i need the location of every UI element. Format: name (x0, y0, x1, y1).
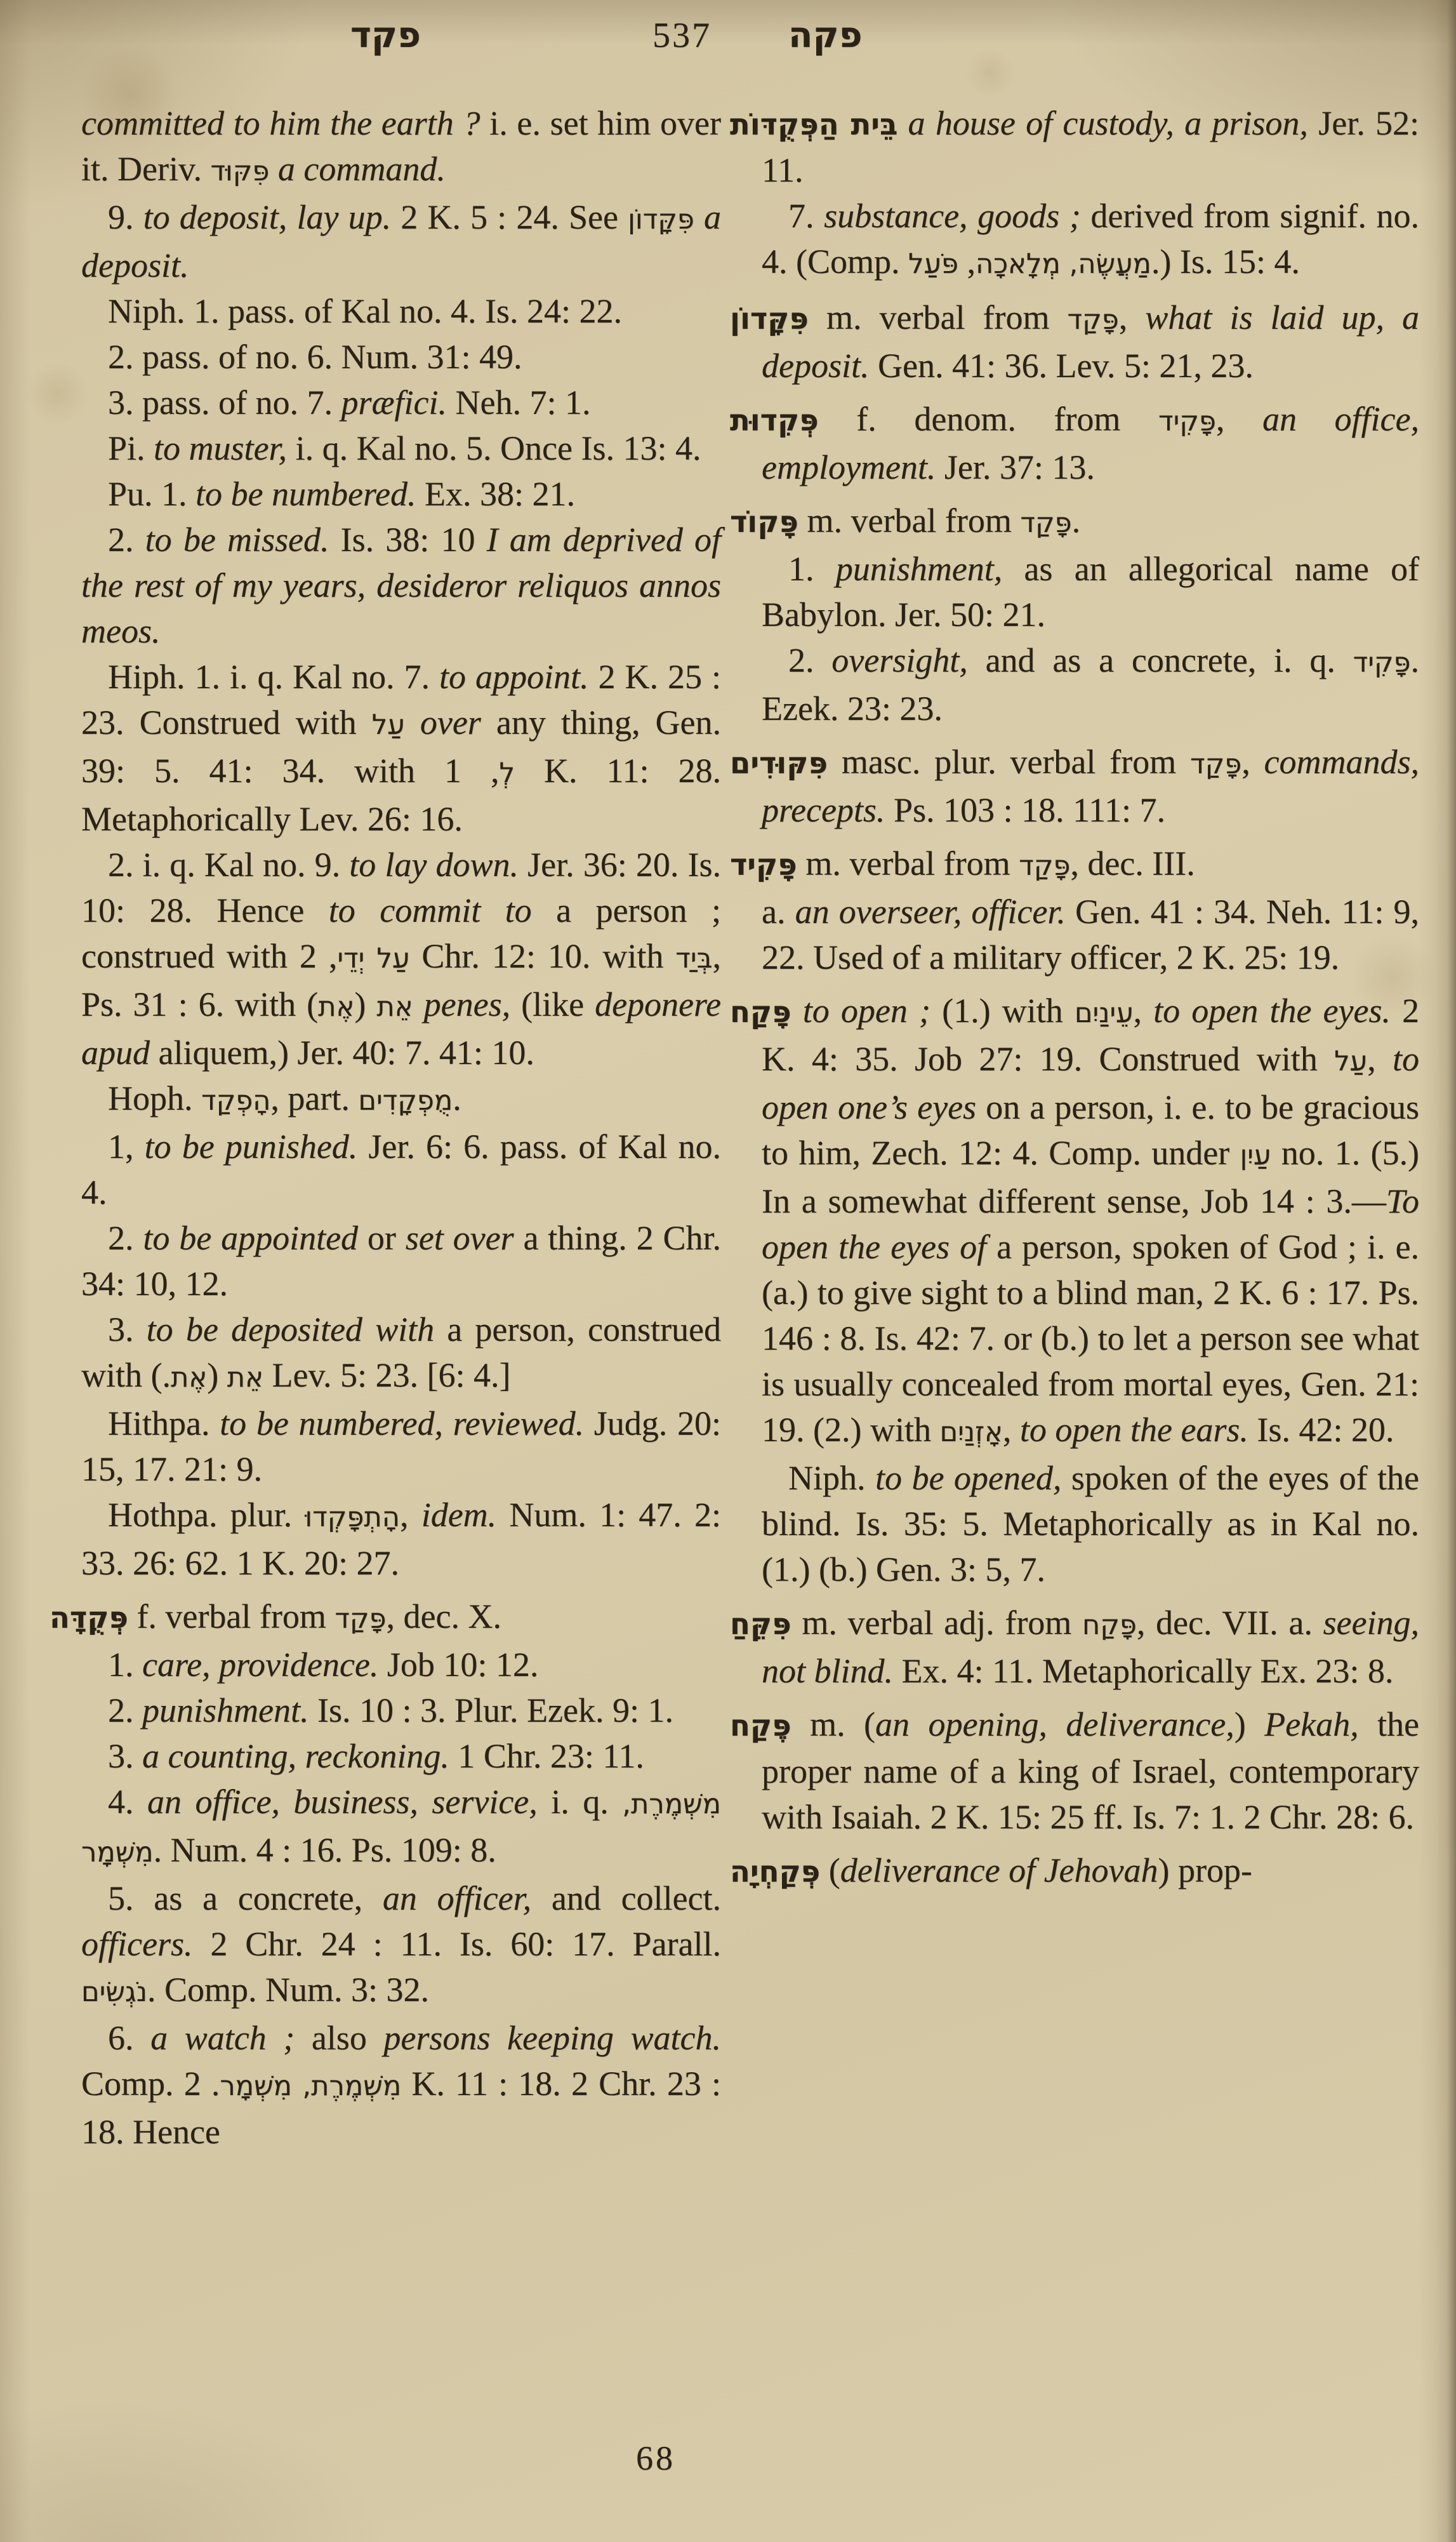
entry-paragraph: 9. to deposit, lay up. 2 K. 5 : 24. See … (81, 194, 721, 288)
italic-text-run: to be missed. (145, 521, 329, 559)
hebrew-word: פָּקַד (1190, 749, 1241, 780)
text-run: ) (1234, 1705, 1264, 1743)
text-run: m. ( (791, 1705, 875, 1743)
book-page: פקד 537 פקה committed to him the earth ?… (0, 0, 1456, 2542)
dictionary-entry: פְּקַחְיָה (deliverance of Jehovah) prop… (762, 1847, 1419, 1894)
entry-paragraph: 5. as a concrete, an officer, and collec… (81, 1875, 721, 2015)
hebrew-word: פָּקַד (334, 1603, 386, 1635)
hebrew-word: אֵת (227, 1362, 263, 1394)
text-run: or (358, 1219, 406, 1257)
italic-text-run: a house of custody, a prison, (908, 104, 1308, 142)
hebrew-word: בְּיַד (675, 943, 712, 975)
text-run: m. verbal from (798, 502, 1020, 540)
dictionary-entry: פֶּקַח m. (an opening, deliverance,) Pek… (762, 1701, 1419, 1840)
italic-text-run: an office, business, service, (147, 1783, 538, 1821)
italic-text-run: a counting, reckoning. (142, 1737, 449, 1775)
dictionary-entry: פָּקִיד m. verbal from פָּקַד, dec. III. (762, 841, 1419, 889)
text-run: ( (354, 985, 376, 1023)
text-run: ) prop- (1158, 1851, 1252, 1889)
hebrew-headword: פִּקָּדוֹן (730, 302, 809, 336)
text-run: Pi. (108, 429, 154, 467)
italic-text-run: to be appointed (143, 1219, 358, 1257)
text-run: ( (207, 1356, 227, 1394)
text-run (269, 150, 278, 188)
hebrew-word: עַל (1334, 1046, 1367, 1077)
text-run: i. q. (538, 1783, 622, 1821)
text-run: Ex. 4: 11. Metaphorically Ex. 23: 8. (893, 1652, 1393, 1690)
hebrew-word: פָּקַח (1082, 1609, 1137, 1641)
italic-text-run: to lay down. (349, 846, 519, 884)
dictionary-entry: פָּקוֹד m. verbal from פָּקַד. (762, 498, 1419, 546)
text-run: Is. 38: 10 (329, 521, 486, 559)
hebrew-word: פָּקִיד (1353, 647, 1411, 679)
italic-text-run: to open ; (803, 992, 930, 1030)
text-run: , (1241, 743, 1264, 781)
italic-text-run: to be deposited with (147, 1310, 434, 1348)
entry-paragraph: 3. pass. of no. 7. præfici. Neh. 7: 1. (81, 380, 721, 425)
text-run: Pu. 1. (108, 475, 195, 513)
entry-paragraph: 2. to be appointed or set over a thing. … (81, 1215, 721, 1307)
text-run: Jer. 37: 13. (936, 448, 1095, 486)
text-run: Comp. (81, 2065, 184, 2103)
entry-paragraph: 7. substance, goods ; derived from signi… (762, 193, 1419, 287)
italic-text-run: to open the eyes. (1153, 992, 1391, 1030)
text-run: Hothpa. plur. (108, 1496, 305, 1534)
text-run: i. q. Kal no. 5. Once Is. 13: 4. (287, 429, 701, 467)
italic-text-run: idem. (421, 1496, 496, 1534)
signature-number: 68 (636, 2435, 675, 2481)
hebrew-headword: פֶּקַח (730, 1708, 791, 1743)
hebrew-word: פִּקּוּד (210, 156, 269, 187)
text-run: 2. i. q. Kal no. 9. (108, 846, 349, 884)
running-head-right: פקה (788, 13, 863, 58)
italic-text-run: punishment, (836, 550, 1003, 588)
text-run: , dec. X. (387, 1597, 501, 1635)
text-run: (like (510, 985, 595, 1023)
text-run: (1.) with (930, 992, 1075, 1030)
hebrew-word: הָפְקַד (201, 1085, 270, 1117)
italic-text-run: an overseer, officer. (795, 893, 1066, 931)
hebrew-word: עֵינַיִם (1075, 997, 1134, 1029)
text-columns: committed to him the earth ? i. e. set h… (48, 100, 1419, 2155)
italic-text-run: deliverance of Jehovah (840, 1851, 1158, 1889)
text-run: . (1072, 502, 1081, 540)
text-run: Hithpa. (108, 1404, 220, 1442)
hebrew-word: עַיִן (1240, 1140, 1271, 1171)
dictionary-entry: פִּקֵּחַ m. verbal adj. from פָּקַח, dec… (762, 1600, 1419, 1694)
text-run: 4. (108, 1783, 147, 1821)
text-run: Hiph. 1. i. q. Kal no. 7. (108, 658, 439, 696)
text-run: , (1367, 1040, 1393, 1078)
italic-text-run: to muster, (154, 429, 287, 467)
entry-paragraph: 2. pass. of no. 6. Num. 31: 49. (81, 334, 721, 380)
text-run: 2. (108, 1219, 143, 1257)
text-run: 2 Chr. 24 : 11. Is. 60: 17. Parall. (192, 1925, 721, 1963)
running-head-left: פקד (350, 13, 421, 58)
text-run: aliquem,) Jer. 40: 7. 41: 10. (150, 1034, 534, 1072)
right-column: בֵּית הַפְּקֻדּוֹת a house of custody, a… (730, 100, 1419, 2155)
text-run: Niph. (788, 1459, 875, 1497)
text-run: 3. (108, 1737, 142, 1775)
text-run: , (1003, 1411, 1020, 1449)
italic-text-run: care, providence. (142, 1646, 378, 1684)
entry-paragraph: a. an overseer, officer. Gen. 41 : 34. N… (762, 889, 1419, 980)
entry-paragraph: Niph. to be opened, spoken of the eyes o… (762, 1455, 1419, 1592)
text-run: and as a concrete, i. q. (968, 641, 1353, 679)
entry-paragraph: 2. oversight, and as a concrete, i. q. פ… (762, 637, 1419, 731)
italic-text-run: a watch ; (150, 2019, 295, 2057)
hebrew-word: אָזְנַיִם (939, 1416, 1002, 1448)
text-run: 1 Chr. 23: 11. (449, 1737, 644, 1775)
italic-text-run: to open the ears. (1020, 1411, 1248, 1449)
text-run: 3. (108, 1310, 147, 1348)
hebrew-word: פָּקַד (1020, 507, 1071, 539)
hebrew-word: פָּקַד (1068, 304, 1119, 336)
text-run: Ex. 38: 21. (416, 475, 575, 513)
dictionary-entry: פִּקָּדוֹן m. verbal from פָּקַד, what i… (762, 295, 1419, 389)
italic-text-run: a command. (278, 150, 446, 188)
entry-paragraph: 1. care, providence. Job 10: 12. (81, 1642, 721, 1687)
hebrew-word: אֶת (318, 991, 354, 1023)
entry-paragraph: 3. to be deposited with a person, constr… (81, 1307, 721, 1401)
entry-paragraph: Pu. 1. to be numbered. Ex. 38: 21. (81, 471, 721, 517)
italic-text-run: over (420, 703, 481, 742)
text-run: m. verbal from (797, 844, 1019, 882)
text-run (791, 992, 803, 1030)
dictionary-entry: פִּקּוּדִים masc. plur. verbal from פָּק… (762, 739, 1419, 833)
hebrew-headword: פְּקַחְיָה (730, 1854, 820, 1889)
text-run: , dec. VII. a. (1137, 1604, 1323, 1642)
text-run: 9. (108, 198, 143, 236)
hebrew-word: מִשְׁמֶרֶת, מִשְׁמָר (220, 2070, 401, 2102)
entry-paragraph: Niph. 1. pass. of Kal no. 4. Is. 24: 22. (81, 288, 721, 334)
text-run: 5. as a concrete, (108, 1879, 383, 1917)
text-run: f. denom. from (819, 400, 1158, 438)
dictionary-entry: בֵּית הַפְּקֻדּוֹת a house of custody, a… (762, 100, 1419, 193)
hebrew-word: פָּקִיד (1158, 406, 1216, 437)
dictionary-entry: פְּקֻדָּה f. verbal from פָּקַד, dec. X. (81, 1594, 721, 1642)
text-run: , (1134, 992, 1154, 1030)
entry-paragraph: 2. i. q. Kal no. 9. to lay down. Jer. 36… (81, 842, 721, 1075)
entry-paragraph: Pi. to muster, i. q. Kal no. 5. Once Is.… (81, 425, 721, 471)
hebrew-word: עַל יְדֵי (337, 943, 409, 975)
italic-text-run: to appoint. (439, 658, 589, 696)
hebrew-word: מַעֲשֶׂה, מְלָאכָה (976, 248, 1151, 280)
text-run: Is. 10 : 3. Plur. Ezek. 9: 1. (309, 1691, 673, 1729)
italic-text-run: to be opened, (875, 1459, 1061, 1497)
italic-text-run: set over (406, 1219, 514, 1257)
text-run: , part. (270, 1079, 358, 1117)
text-run: m. verbal adj. from (791, 1604, 1082, 1642)
text-run: , dec. III. (1070, 844, 1195, 882)
dictionary-entry: פְּקִדוּת f. denom. from פָּקִיד, an off… (762, 396, 1419, 490)
hebrew-headword: פְּקֻדָּה (50, 1600, 128, 1635)
hebrew-headword: פָּקַח (730, 995, 791, 1029)
hebrew-headword: פָּקוֹד (730, 505, 798, 539)
text-run: ( (820, 1851, 840, 1889)
text-run: a. (762, 893, 795, 931)
hebrew-word: נֹגְשִׂים (81, 1976, 147, 2008)
text-run: 3. pass. of no. 7. (108, 383, 341, 422)
entry-paragraph: Hiph. 1. i. q. Kal no. 7. to appoint. 2 … (81, 654, 721, 842)
entry-paragraph: 1, to be punished. Jer. 6: 6. pass. of K… (81, 1124, 721, 1215)
entry-paragraph: 3. a counting, reckoning. 1 Chr. 23: 11. (81, 1733, 721, 1779)
entry-paragraph: 6. a watch ; also persons keeping watch.… (81, 2015, 721, 2155)
italic-text-run: to commit to (329, 891, 532, 929)
text-run: Gen. 41: 36. Lev. 5: 21, 23. (870, 347, 1254, 385)
text-run: , (958, 243, 976, 281)
italic-text-run: an officer, (383, 1879, 531, 1917)
text-run: also (295, 2019, 383, 2057)
text-run: , (1216, 400, 1262, 438)
text-run: . (453, 1079, 461, 1117)
text-run: 1, (108, 1128, 145, 1166)
text-run: 1. (788, 550, 836, 588)
hebrew-word: פָּקַד (1019, 850, 1070, 882)
text-run: Is. 42: 20. (1248, 1411, 1394, 1449)
hebrew-word: אֵת (376, 991, 413, 1023)
text-run: f. verbal from (128, 1597, 334, 1635)
entry-paragraph: Hothpa. plur. הָתְפָּקְדוּ, idem. Num. 1… (81, 1492, 721, 1586)
text-run: masc. plur. verbal from (828, 743, 1190, 781)
text-run (405, 703, 420, 742)
hebrew-headword: פִּקּוּדִים (730, 746, 828, 780)
text-run (897, 104, 908, 142)
entry-paragraph: 2. to be missed. Is. 38: 10 I am deprive… (81, 517, 721, 654)
entry-paragraph: Hoph. הָפְקַד, part. מֻפְקָדִים. (81, 1075, 721, 1124)
text-run: 6. (108, 2019, 150, 2057)
text-run: 2 K. 5 : 24. See (391, 198, 628, 236)
hebrew-word: מֻפְקָדִים (358, 1085, 453, 1117)
text-run: m. verbal from (809, 298, 1068, 336)
text-run: 7. (788, 197, 824, 235)
text-run: . Comp. Num. 3: 32. (147, 1971, 429, 2009)
italic-text-run: committed to him the earth ? (81, 104, 489, 142)
text-run: 2. (108, 1691, 142, 1729)
hebrew-word: אֶת (171, 1362, 207, 1394)
italic-text-run: punishment. (142, 1691, 309, 1729)
entry-paragraph: Hithpa. to be numbered, reviewed. Judg. … (81, 1401, 721, 1492)
hebrew-headword: פָּקִיד (730, 848, 797, 882)
italic-text-run: to be numbered, reviewed. (220, 1404, 584, 1442)
hebrew-word: הָתְפָּקְדוּ (305, 1501, 400, 1533)
italic-text-run: an opening, deliverance, (875, 1705, 1234, 1743)
text-run: 2. (108, 521, 145, 559)
text-run (694, 198, 704, 236)
hebrew-headword: פְּקִדוּת (730, 403, 819, 437)
text-run: Neh. 7: 1. (447, 383, 590, 422)
italic-text-run: persons keeping watch. (383, 2019, 721, 2057)
text-run: and collect. (531, 1879, 721, 1917)
italic-text-run: substance, goods ; (824, 197, 1081, 235)
entry-paragraph: 4. an office, business, service, i. q. מ… (81, 1779, 721, 1875)
italic-text-run: oversight, (831, 641, 967, 679)
hebrew-word: פֹּעַל (908, 248, 958, 280)
text-run: . Num. 4 : 16. Ps. 109: 8. (154, 1831, 496, 1869)
italic-text-run: Pekah, (1264, 1705, 1358, 1743)
text-run: Niph. 1. pass. of Kal no. 4. Is. 24: 22. (108, 292, 622, 330)
hebrew-headword: פִּקֵּחַ (730, 1607, 791, 1641)
left-column: committed to him the earth ? i. e. set h… (48, 100, 721, 2155)
dictionary-entry: פָּקַח to open ; (1.) with עֵינַיִם, to … (762, 988, 1419, 1455)
hebrew-word: לְ (499, 757, 515, 789)
hebrew-headword: בֵּית הַפְּקֻדּוֹת (730, 107, 897, 142)
italic-text-run: penes, (424, 985, 510, 1023)
text-run: 2. pass. of no. 6. Num. 31: 49. (108, 338, 522, 376)
entry-paragraph: committed to him the earth ? i. e. set h… (81, 100, 721, 194)
text-run: 1. (108, 1646, 142, 1684)
hebrew-word: פִּקָּדוֹן (628, 204, 694, 236)
italic-text-run: to be numbered. (195, 475, 416, 513)
text-run: , (1119, 298, 1146, 336)
text-run: 2. (788, 641, 831, 679)
hebrew-word: עַל (372, 709, 405, 741)
text-run: , (400, 1496, 421, 1534)
italic-text-run: officers. (81, 1925, 192, 1963)
italic-text-run: to deposit, lay up. (143, 198, 391, 236)
entry-paragraph: 2. punishment. Is. 10 : 3. Plur. Ezek. 9… (81, 1687, 721, 1733)
page-number: 537 (652, 13, 711, 58)
entry-paragraph: 1. punishment, as an allegorical name of… (762, 546, 1419, 637)
text-run: Ps. 103 : 18. 111: 7. (885, 791, 1165, 829)
italic-text-run: to be punished. (145, 1128, 358, 1166)
text-run: .) Is. 15: 4. (1151, 243, 1300, 281)
text-run: Hoph. (108, 1079, 201, 1117)
text-run: Job 10: 12. (378, 1646, 538, 1684)
italic-text-run: præfici. (341, 383, 447, 422)
